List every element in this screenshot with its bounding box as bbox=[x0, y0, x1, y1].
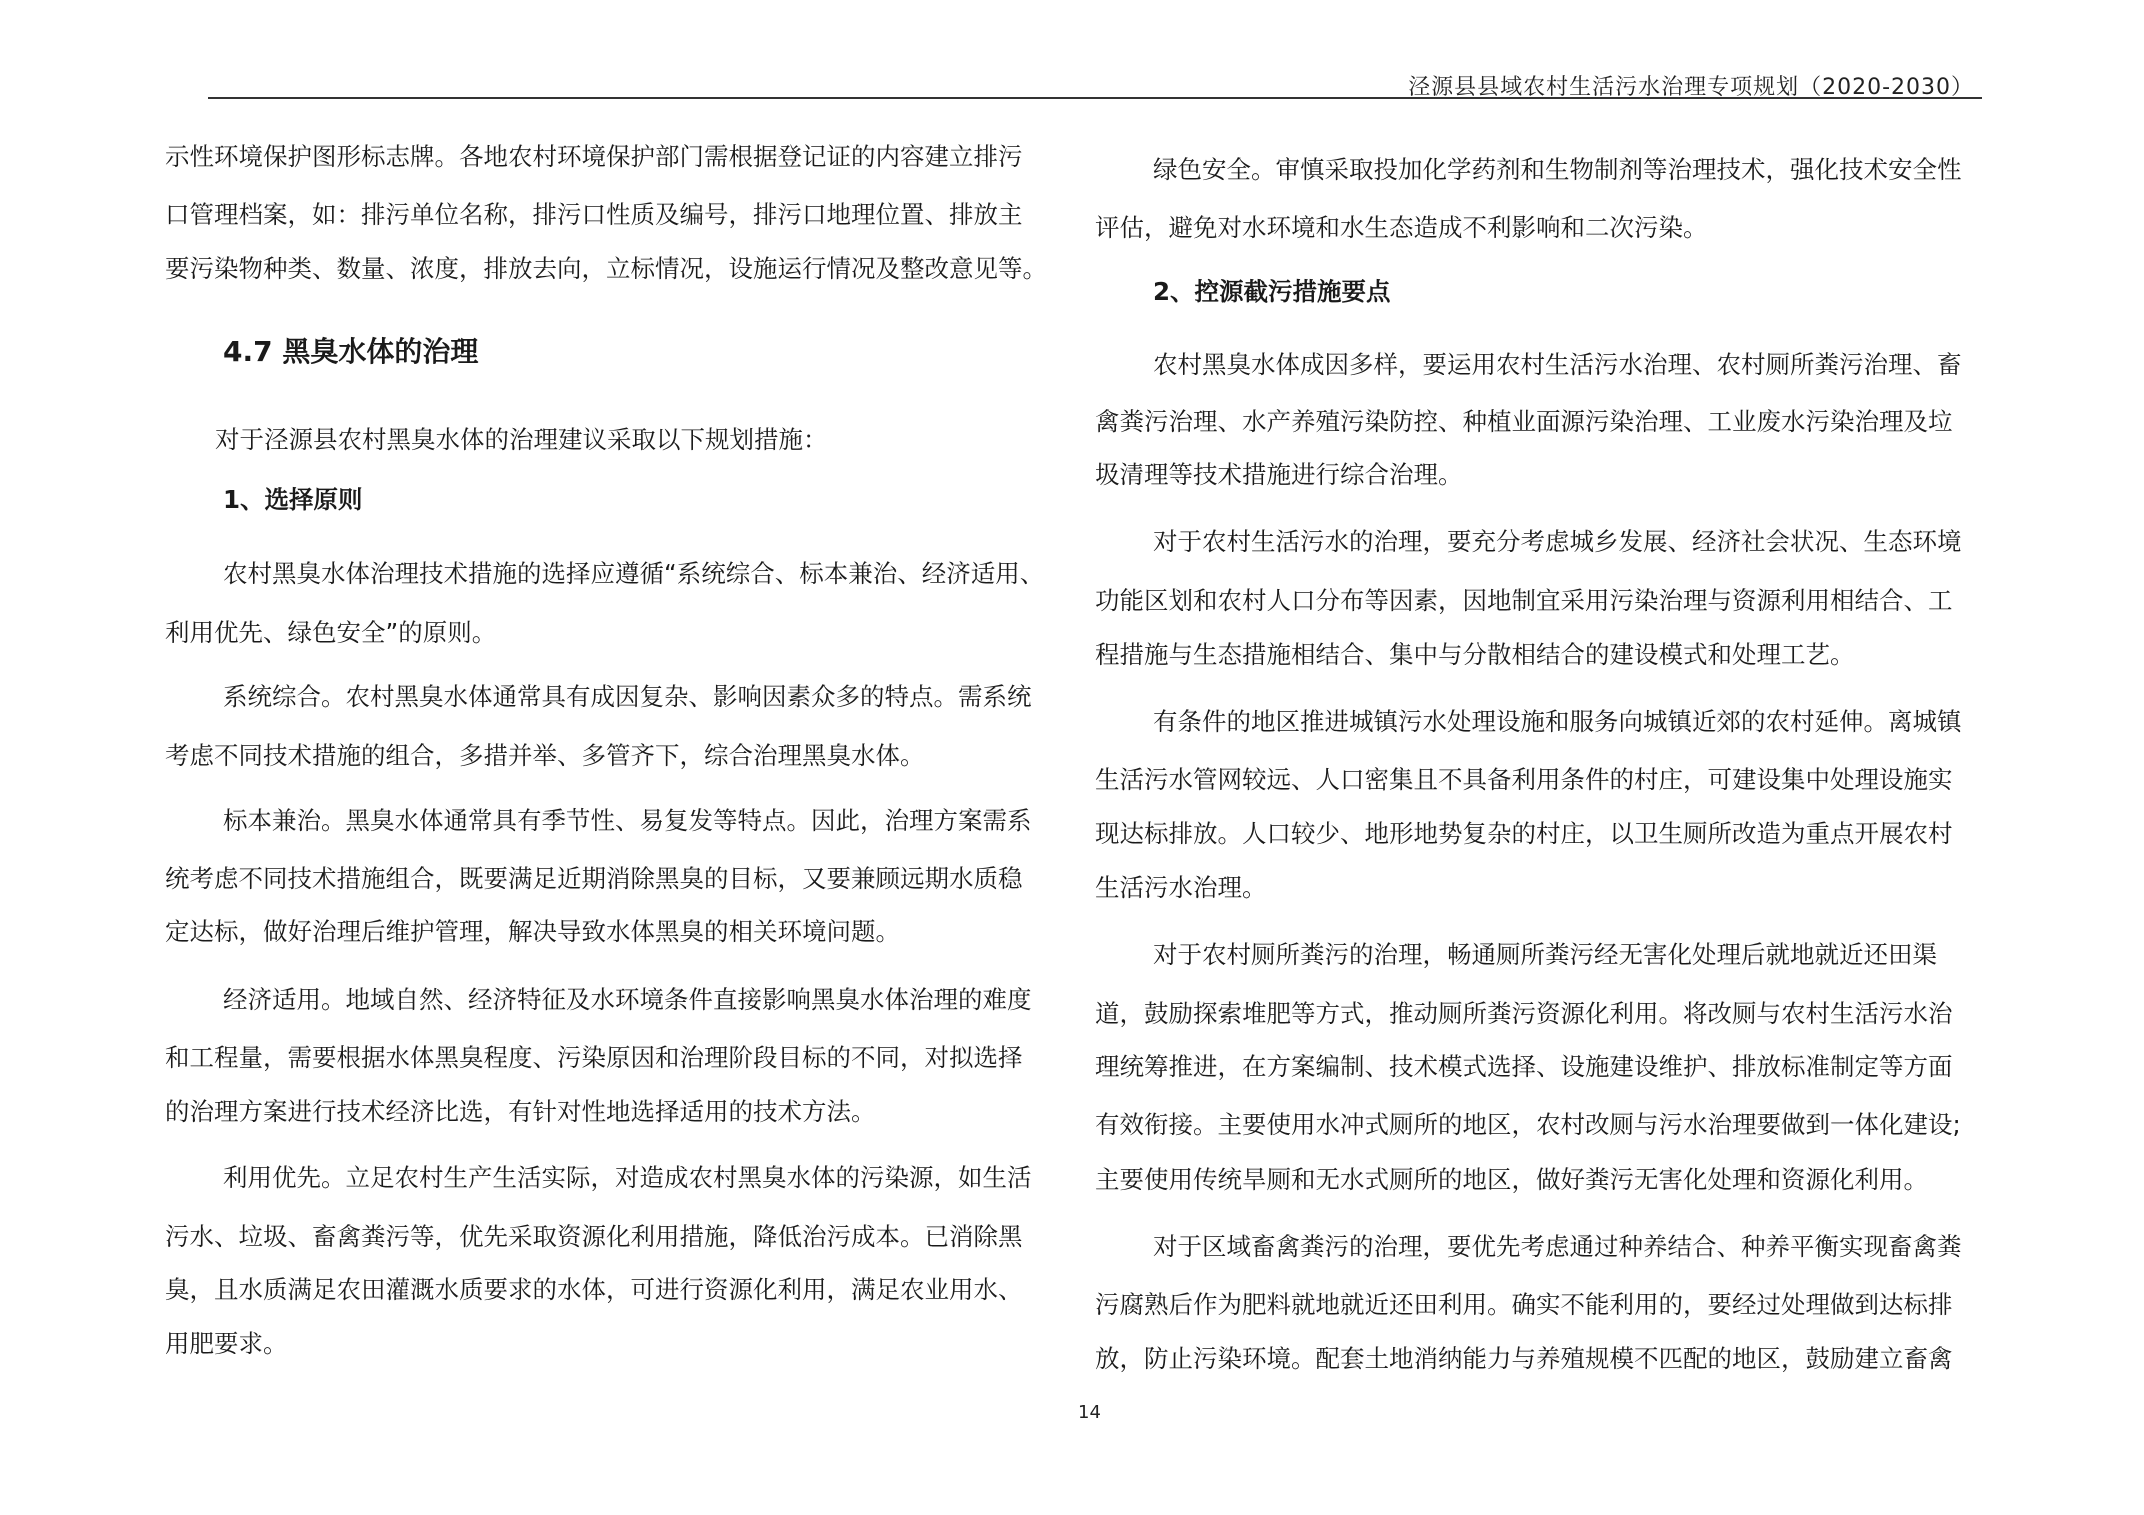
text-line: 污腐熟后作为肥料就地就近还田利用。确实不能利用的，要经过处理做到达标排 bbox=[1095, 1290, 1953, 1320]
paragraph-first-line: 对于农村厕所粪污的治理，畅通厕所粪污经无害化处理后就地就近还田渠 bbox=[1095, 940, 1937, 970]
paragraph-first-line: 农村黑臭水体成因多样，要运用农村生活污水治理、农村厕所粪污治理、畜 bbox=[1095, 350, 1962, 380]
text-line: 示性环境保护图形标志牌。各地农村环境保护部门需根据登记证的内容建立排污 bbox=[165, 142, 1023, 172]
text-line: 生活污水治理。 bbox=[1095, 873, 1267, 903]
text-line: 统考虑不同技术措施组合，既要满足近期消除黑臭的目标，又要兼顾远期水质稳 bbox=[165, 864, 1023, 894]
text-line: 程措施与生态措施相结合、集中与分散相结合的建设模式和处理工艺。 bbox=[1095, 640, 1855, 670]
paragraph-first-line: 对于农村生活污水的治理，要充分考虑城乡发展、经济社会状况、生态环境 bbox=[1095, 527, 1962, 557]
paragraph-first-line: 绿色安全。审慎采取投加化学药剂和生物制剂等治理技术，强化技术安全性 bbox=[1095, 155, 1962, 185]
text-line: 考虑不同技术措施的组合，多措并举、多管齐下，综合治理黑臭水体。 bbox=[165, 741, 925, 771]
text-line: 要污染物种类、数量、浓度，排放去向，立标情况，设施运行情况及整改意见等。 bbox=[165, 254, 1047, 284]
paragraph-first-line: 农村黑臭水体治理技术措施的选择应遵循“系统综合、标本兼治、经济适用、 bbox=[165, 559, 1044, 589]
paragraph-first-line: 有条件的地区推进城镇污水处理设施和服务向城镇近郊的农村延伸。离城镇 bbox=[1095, 707, 1962, 737]
paragraph-first-line: 经济适用。地域自然、经济特征及水环境条件直接影响黑臭水体治理的难度 bbox=[165, 985, 1032, 1015]
header-divider bbox=[208, 97, 1982, 99]
text-line: 生活污水管网较远、人口密集且不具备利用条件的村庄，可建设集中处理设施实 bbox=[1095, 765, 1953, 795]
text-line: 和工程量，需要根据水体黑臭程度、污染原因和治理阶段目标的不同，对拟选择 bbox=[165, 1043, 1023, 1073]
text-line: 污水、垃圾、畜禽粪污等，优先采取资源化利用措施，降低治污成本。已消除黑 bbox=[165, 1222, 1023, 1252]
text-line: 圾清理等技术措施进行综合治理。 bbox=[1095, 460, 1463, 490]
text-line: 理统筹推进，在方案编制、技术模式选择、设施建设维护、排放标准制定等方面 bbox=[1095, 1052, 1953, 1082]
text-line: 臭，且水质满足农田灌溉水质要求的水体，可进行资源化利用，满足农业用水、 bbox=[165, 1275, 1023, 1305]
paragraph-first-line: 对于区域畜禽粪污的治理，要优先考虑通过种养结合、种养平衡实现畜禽粪 bbox=[1095, 1232, 1962, 1262]
text-line: 主要使用传统旱厕和无水式厕所的地区，做好粪污无害化处理和资源化利用。 bbox=[1095, 1165, 1928, 1195]
text-line: 利用优先、绿色安全”的原则。 bbox=[165, 618, 496, 648]
text-line: 评估，避免对水环境和水生态造成不利影响和二次污染。 bbox=[1095, 213, 1708, 243]
paragraph-first-line: 利用优先。立足农村生产生活实际，对造成农村黑臭水体的污染源，如生活 bbox=[165, 1163, 1032, 1193]
text-line: 定达标，做好治理后维护管理，解决导致水体黑臭的相关环境问题。 bbox=[165, 917, 900, 947]
paragraph-first-line: 系统综合。农村黑臭水体通常具有成因复杂、影响因素众多的特点。需系统 bbox=[165, 682, 1032, 712]
text-line: 的治理方案进行技术经济比选，有针对性地选择适用的技术方法。 bbox=[165, 1097, 876, 1127]
subsection-heading: 1、选择原则 bbox=[223, 485, 363, 515]
section-heading: 4.7 黑臭水体的治理 bbox=[223, 337, 478, 367]
subsection-heading: 2、控源截污措施要点 bbox=[1153, 277, 1391, 307]
text-line: 道，鼓励探索堆肥等方式，推动厕所粪污资源化利用。将改厕与农村生活污水治 bbox=[1095, 999, 1953, 1029]
text-line: 功能区划和农村人口分布等因素，因地制宜采用污染治理与资源利用相结合、工 bbox=[1095, 586, 1953, 616]
text-line: 禽粪污治理、水产养殖污染防控、种植业面源污染治理、工业废水污染治理及垃 bbox=[1095, 407, 1953, 437]
text-line: 口管理档案，如：排污单位名称，排污口性质及编号，排污口地理位置、排放主 bbox=[165, 200, 1023, 230]
text-line: 用肥要求。 bbox=[165, 1329, 288, 1359]
page-number: 14 bbox=[1078, 1402, 1101, 1423]
text-line: 现达标排放。人口较少、地形地势复杂的村庄，以卫生厕所改造为重点开展农村 bbox=[1095, 819, 1953, 849]
paragraph-first-line: 标本兼治。黑臭水体通常具有季节性、易复发等特点。因此，治理方案需系 bbox=[165, 806, 1032, 836]
intro-line: 对于泾源县农村黑臭水体的治理建议采取以下规划措施： bbox=[215, 425, 828, 455]
text-line: 放，防止污染环境。配套土地消纳能力与养殖规模不匹配的地区，鼓励建立畜禽 bbox=[1095, 1344, 1953, 1374]
text-line: 有效衔接。主要使用水冲式厕所的地区，农村改厕与污水治理要做到一体化建设; bbox=[1095, 1110, 1961, 1140]
